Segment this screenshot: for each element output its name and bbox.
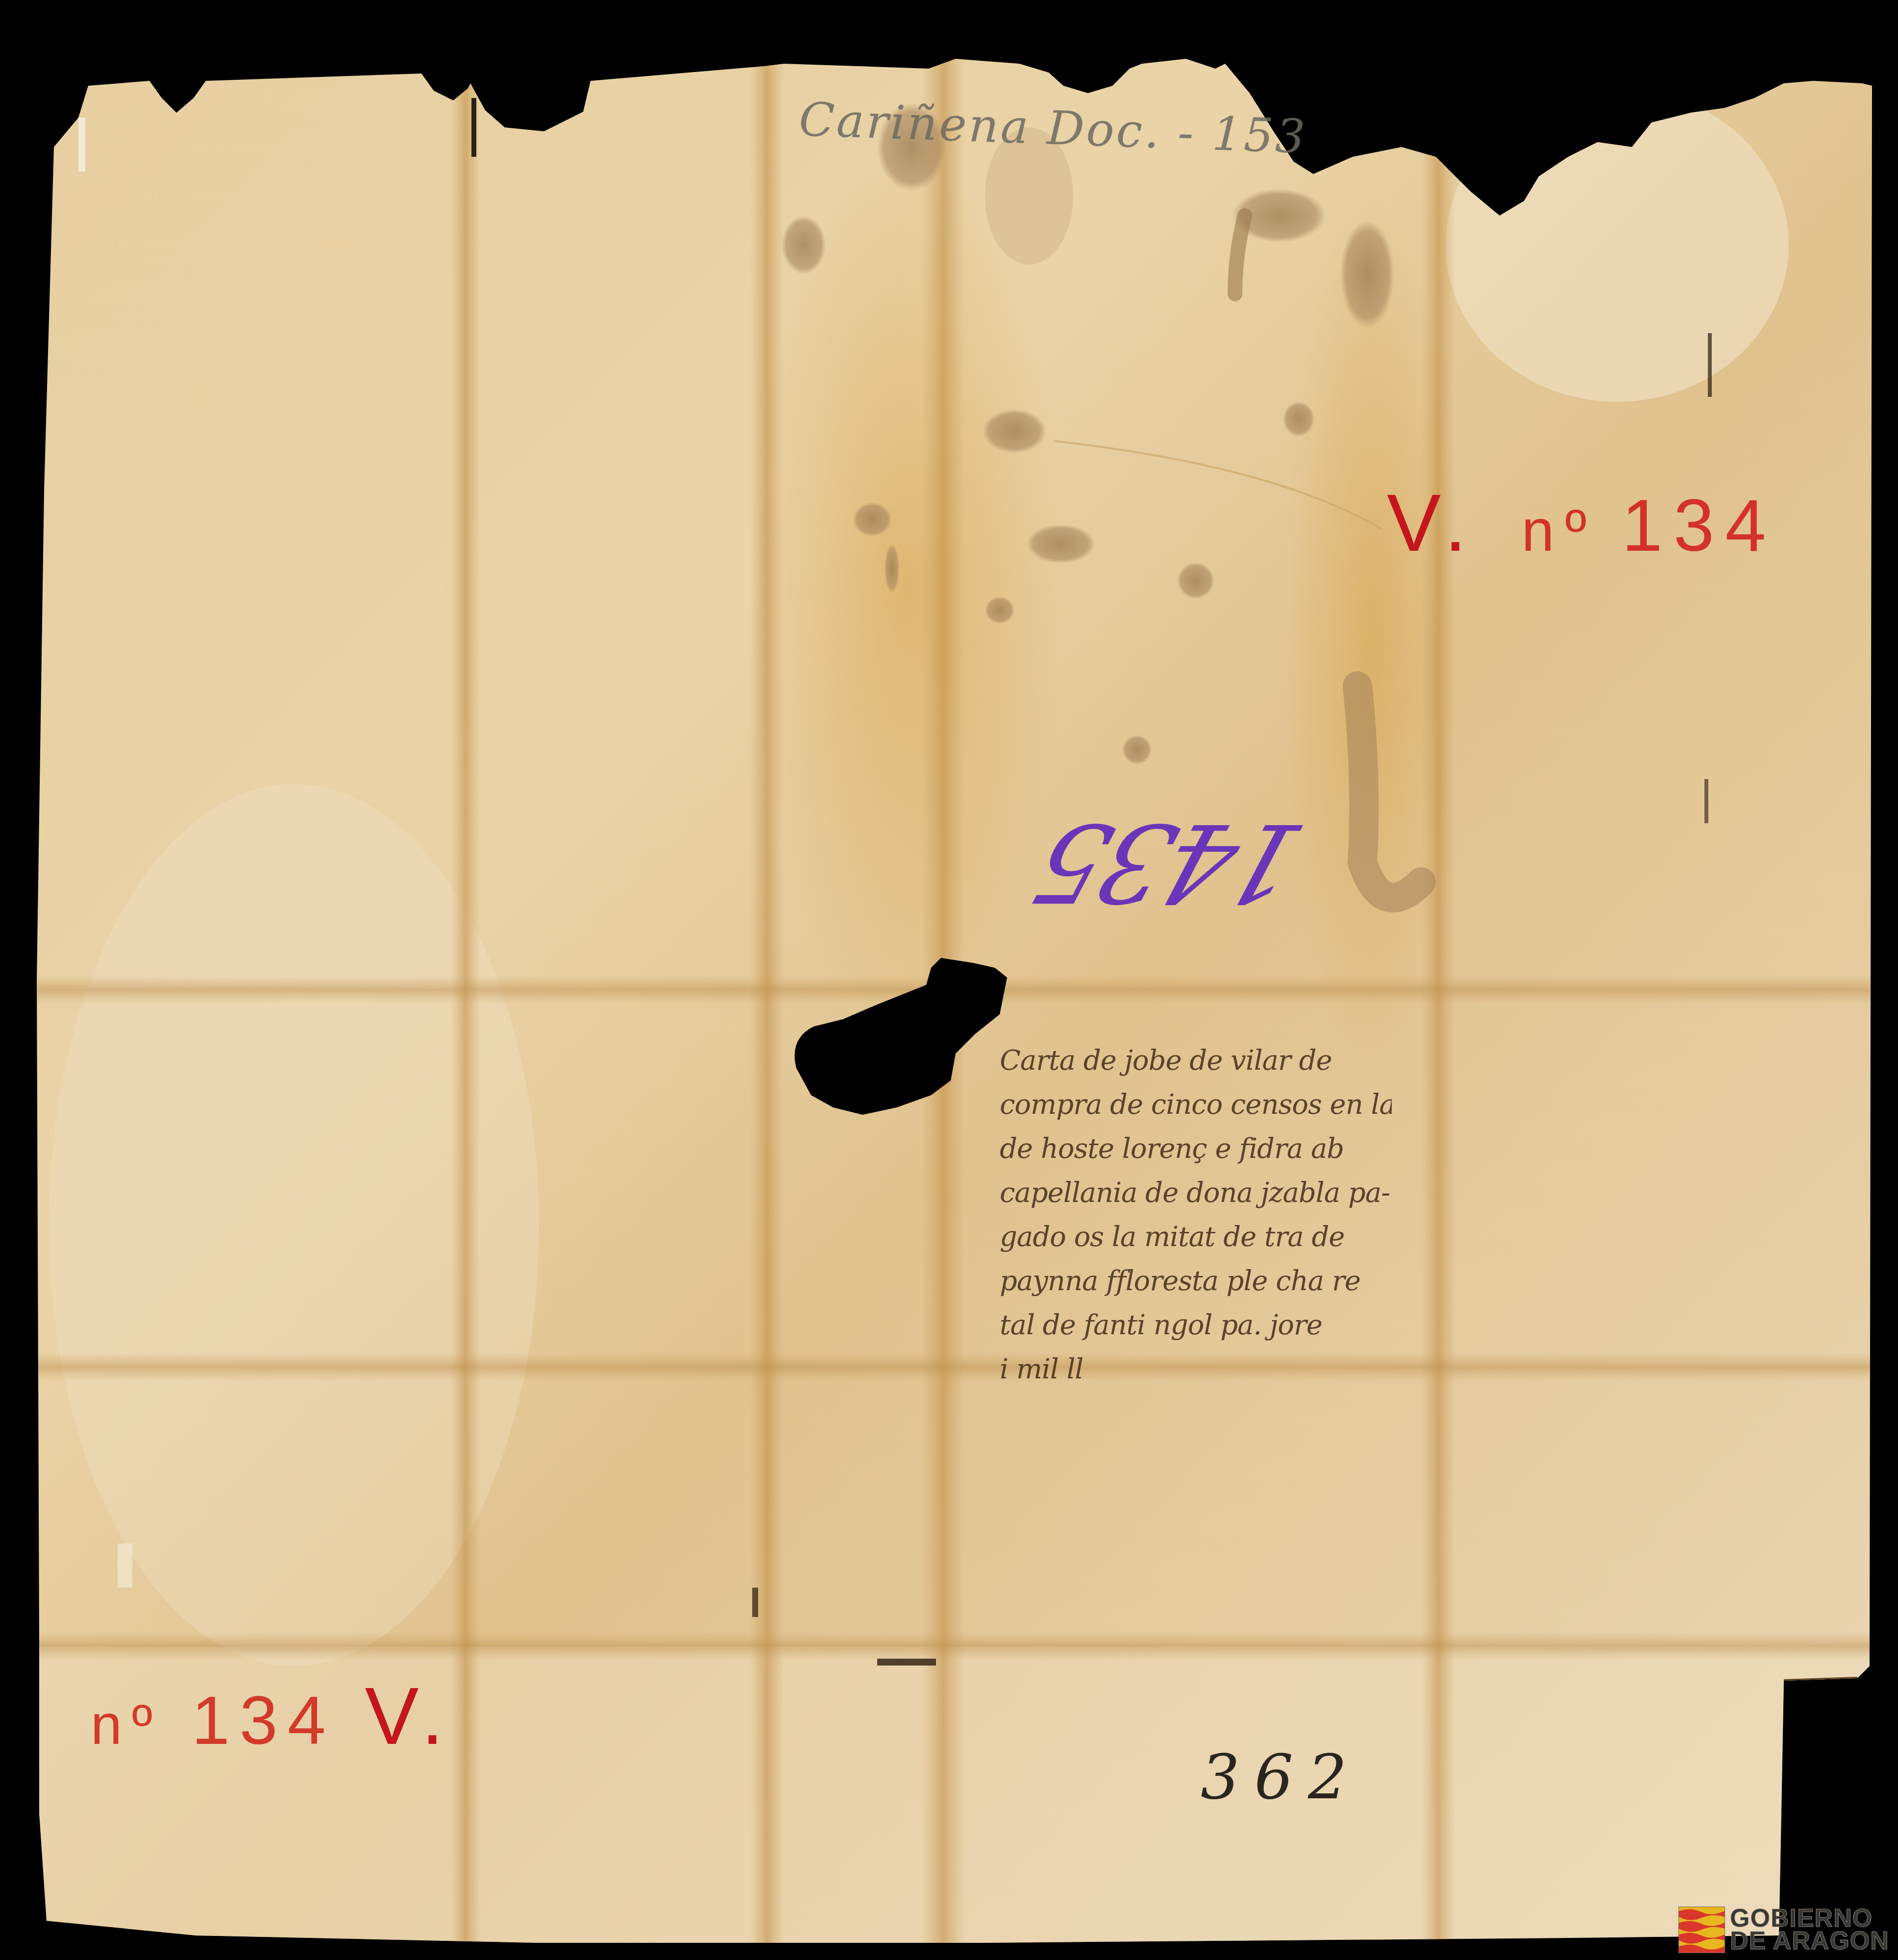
parchment-sheet [0, 0, 1898, 1960]
endorsement-line: de hoste lorenç e fidra ab [1000, 1127, 1392, 1171]
red-bottom-suffix: V. [365, 1671, 454, 1761]
red-bottom-number: 134 [192, 1682, 336, 1759]
medieval-endorsement: Carta de jobe de vilar de compra de cinc… [1000, 1039, 1392, 1392]
watermark-line2: DE ARAGON [1730, 1930, 1889, 1952]
purple-year-inverted: 1435 [1026, 808, 1316, 916]
endorsement-line: tal de fanti ngol pa. jore [1000, 1303, 1392, 1347]
endorsement-line: paynna ffloresta ple cha re [1000, 1259, 1392, 1303]
red-bottom-label: nº [91, 1693, 162, 1756]
red-top-number: 134 [1622, 484, 1776, 566]
document-viewer: Cariñena Doc. - 153 V.nº134 1435 Carta d… [0, 0, 1898, 1960]
red-top-prefix: V. [1387, 478, 1478, 568]
endorsement-line: capellania de dona jzabla pa- [1000, 1171, 1392, 1215]
endorsement-line: Carta de jobe de vilar de [1000, 1039, 1392, 1083]
endorsement-line: gado os la mitat de tra de [1000, 1215, 1392, 1259]
red-top-label: nº [1522, 498, 1598, 563]
endorsement-line: i mil ll [1000, 1347, 1392, 1392]
watermark-text: GOBIERNO DE ARAGON [1730, 1907, 1889, 1952]
red-shelfmark-bottom: nº134V. [91, 1676, 453, 1757]
archive-number: 362 [1201, 1747, 1362, 1808]
aragon-flag-icon [1678, 1907, 1725, 1953]
red-shelfmark-top: V.nº134 [1387, 483, 1777, 563]
gobierno-de-aragon-watermark: GOBIERNO DE ARAGON [1678, 1905, 1889, 1954]
endorsement-line: compra de cinco censos en la villa [1000, 1083, 1392, 1127]
